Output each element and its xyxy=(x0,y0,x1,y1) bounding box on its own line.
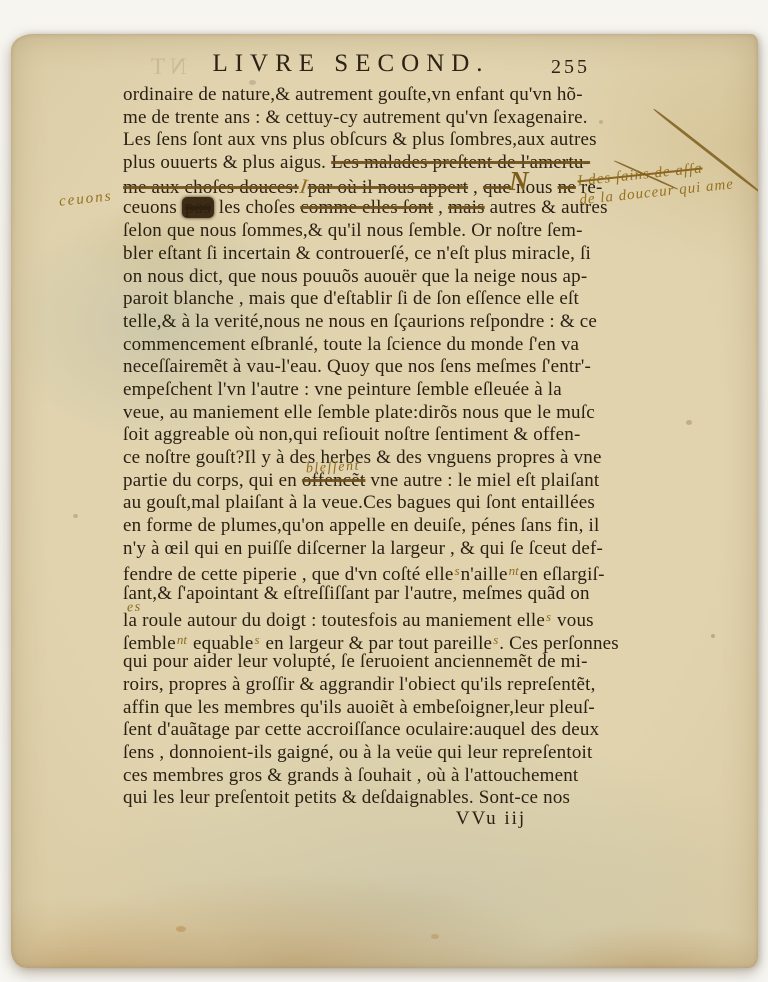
text-line: Les ſens ſont aux vns plus obſcurs & plu… xyxy=(123,129,683,152)
text-line: empeſchent l'vn l'autre : vne peinture ſ… xyxy=(123,379,683,402)
text-line: ſoit aggreable où non,qui reſiouit noſtr… xyxy=(123,424,683,447)
print-text: ceuons xyxy=(123,197,182,218)
text-line: qui pour aider leur volupté, ſe ſeruoien… xyxy=(123,651,683,674)
print-text: ſelon que nous ſommes,& qu'il nous ſembl… xyxy=(123,220,583,241)
stain xyxy=(431,934,439,939)
print-text: laes xyxy=(123,610,137,633)
text-line: ces membres gros & grands à ſouhait , où… xyxy=(123,765,683,788)
struck-text: offencẽtbleſſent xyxy=(302,470,366,493)
print-text: on nous dict, que nous pouuõs auouër que… xyxy=(123,266,587,287)
print-text: roule autour du doigt : toutesfois au ma… xyxy=(137,610,545,631)
text-line: on nous dict, que nous pouuõs auouër que… xyxy=(123,266,683,289)
text-line: telle,& à la verité,nous ne nous en ſçau… xyxy=(123,311,683,334)
hand-overwrite-letter: N xyxy=(509,170,529,193)
margin-annotation-left: ceuons xyxy=(58,188,113,211)
hand-annotation: es xyxy=(126,596,142,619)
text-line: en forme de plumes,qu'on appelle en deui… xyxy=(123,515,683,538)
text-line: partie du corps, qui en offencẽtbleſſent… xyxy=(123,470,683,493)
print-text: n'y à œil qui en puiſſe diſcerner la lar… xyxy=(123,538,603,559)
text-line: neceſſairemẽt à vau-l'eau. Quoy que nos … xyxy=(123,356,683,379)
struck-text: ne xyxy=(558,177,576,198)
text-line: ſent d'auãtage par cette accroiſſance oc… xyxy=(123,719,683,742)
hand-annotation: bleſſent xyxy=(305,455,360,480)
running-header-title: LIVRE SECOND. xyxy=(171,50,531,78)
struck-text: mais xyxy=(448,197,485,218)
hand-mark: nt xyxy=(176,632,188,647)
struck-text: comme elles ſont xyxy=(300,197,433,218)
stain xyxy=(686,420,692,425)
print-text: bler eſtant ſi incertain & controuerſé, … xyxy=(123,243,591,264)
print-text: qui pour aider leur volupté, ſe ſeruoien… xyxy=(123,651,588,672)
struck-text: par où il nous appert xyxy=(308,177,468,198)
photo-backdrop: NT LIVRE SECOND. 255 ordinaire de nature… xyxy=(0,0,768,982)
print-text: neceſſairemẽt à vau-l'eau. Quoy que nos … xyxy=(123,356,591,377)
print-text: plus ouuerts & plus aigus. xyxy=(123,152,331,173)
print-text: vne autre : le miel eſt plaiſant xyxy=(365,470,599,491)
book-page: NT LIVRE SECOND. 255 ordinaire de nature… xyxy=(11,34,758,968)
text-line: ſant,& ſ'apointant & eſtreſſiſſant par l… xyxy=(123,583,683,606)
print-text: les choſes xyxy=(214,197,300,218)
print-text: affin que les membres qu'ils auoiẽt à em… xyxy=(123,697,595,718)
ink-blot-text: pas xyxy=(182,197,214,218)
print-text: telle,& à la verité,nous ne nous en ſçau… xyxy=(123,311,597,332)
print-text: ſens , donnoient-ils gaigné, ou à la veü… xyxy=(123,742,593,763)
signature-mark: VVu iij xyxy=(341,808,641,830)
print-text: nN xyxy=(516,177,526,200)
print-text: ſent d'auãtage par cette accroiſſance oc… xyxy=(123,719,599,740)
text-line: paroit blanche , mais que d'eſtablir ſi … xyxy=(123,288,683,311)
text-line: ſens , donnoient-ils gaigné, ou à la veü… xyxy=(123,742,683,765)
stain xyxy=(73,514,78,518)
print-text: , xyxy=(468,177,483,198)
hand-mark: nt xyxy=(508,563,520,578)
print-text: qui les leur preſentoit petits & deſdaig… xyxy=(123,787,570,808)
print-text: Les ſens ſont aux vns plus obſcurs & plu… xyxy=(123,129,597,150)
print-text: me de trente ans : & cettuy-cy autrement… xyxy=(123,107,588,128)
print-text: roirs, propres à groſſir & aggrandir l'o… xyxy=(123,674,596,695)
struck-text: que xyxy=(483,177,511,198)
print-text: en forme de plumes,qu'on appelle en deui… xyxy=(123,515,599,536)
text-line: laes roule autour du doigt : toutesfois … xyxy=(123,606,683,629)
text-line: ſemblent equables en largeur & par tout … xyxy=(123,629,683,652)
text-line: affin que les membres qu'ils auoiẽt à em… xyxy=(123,697,683,720)
text-line: commencement eſbranlé, toute la ſcience … xyxy=(123,334,683,357)
text-line: roirs, propres à groſſir & aggrandir l'o… xyxy=(123,674,683,697)
text-line: me de trente ans : & cettuy-cy autrement… xyxy=(123,107,683,130)
text-line: n'y à œil qui en puiſſe diſcerner la lar… xyxy=(123,538,683,561)
print-text: ſoit aggreable où non,qui reſiouit noſtr… xyxy=(123,424,581,445)
stain xyxy=(176,926,186,932)
hand-mark: s xyxy=(253,632,260,647)
struck-text: me aux choſes douces: xyxy=(123,177,299,198)
print-text: , xyxy=(433,197,448,218)
print-text: partie du corps, qui en xyxy=(123,470,302,491)
text-line: fendre de cette piperie , que d'vn coſté… xyxy=(123,560,683,583)
struck-text: Les malades preſtent de l'amertu- xyxy=(331,152,590,173)
print-text: ces membres gros & grands à ſouhait , où… xyxy=(123,765,578,786)
page-number: 255 xyxy=(551,56,590,79)
print-text: commencement eſbranlé, toute la ſcience … xyxy=(123,334,579,355)
print-text: ordinaire de nature,& autrement gouſte,v… xyxy=(123,84,583,105)
hand-mark: s xyxy=(454,563,461,578)
text-line: veue, au maniement elle ſemble plate:dir… xyxy=(123,402,683,425)
print-text: empeſchent l'vn l'autre : vne peinture ſ… xyxy=(123,379,562,400)
text-line: ce noſtre gouſt?Il y à des herbes & des … xyxy=(123,447,683,470)
text-line: au gouſt,mal plaiſant à la veue.Ces bagu… xyxy=(123,492,683,515)
print-text: paroit blanche , mais que d'eſtablir ſi … xyxy=(123,288,579,309)
text-line: bler eſtant ſi incertain & controuerſé, … xyxy=(123,243,683,266)
print-text: vous xyxy=(552,610,594,631)
print-text: ous xyxy=(526,177,558,198)
text-line: ſelon que nous ſommes,& qu'il nous ſembl… xyxy=(123,220,683,243)
print-text: ſant,& ſ'apointant & eſtreſſiſſant par l… xyxy=(123,583,590,604)
text-line: qui les leur preſentoit petits & deſdaig… xyxy=(123,787,683,810)
print-text: au gouſt,mal plaiſant à la veue.Ces bagu… xyxy=(123,492,595,513)
print-text: veue, au maniement elle ſemble plate:dir… xyxy=(123,402,595,423)
print-text: ce noſtre gouſt?Il y à des herbes & des … xyxy=(123,447,602,468)
text-line: ordinaire de nature,& autrement gouſte,v… xyxy=(123,84,683,107)
stain xyxy=(711,634,715,638)
